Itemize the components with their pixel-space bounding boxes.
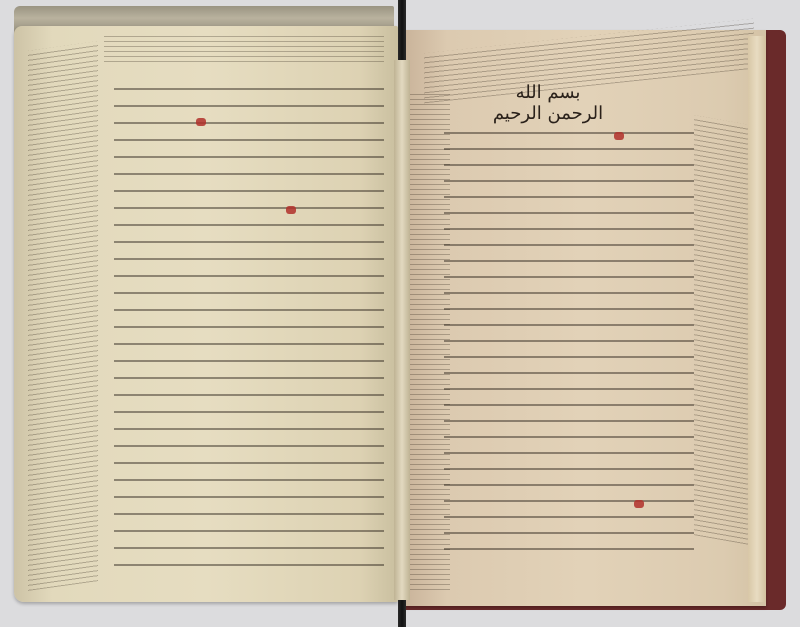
gutter xyxy=(394,60,410,600)
rubric-mark xyxy=(286,206,296,214)
left-margin-glosses xyxy=(28,41,98,591)
left-top-gloss xyxy=(104,34,384,62)
right-main-text xyxy=(444,130,694,550)
manuscript-photo: بسم الله الرحمن الرحيم xyxy=(0,0,800,627)
basmala-heading: بسم الله الرحمن الرحيم xyxy=(488,82,608,124)
spine-binding xyxy=(398,0,406,60)
left-page xyxy=(14,26,398,602)
rubric-mark xyxy=(614,132,624,140)
rubric-mark xyxy=(634,500,644,508)
right-side-glosses xyxy=(694,115,749,545)
left-main-text xyxy=(114,86,384,566)
rubric-mark xyxy=(196,118,206,126)
spine-binding-bottom xyxy=(398,600,406,627)
right-page-flap xyxy=(748,36,766,602)
